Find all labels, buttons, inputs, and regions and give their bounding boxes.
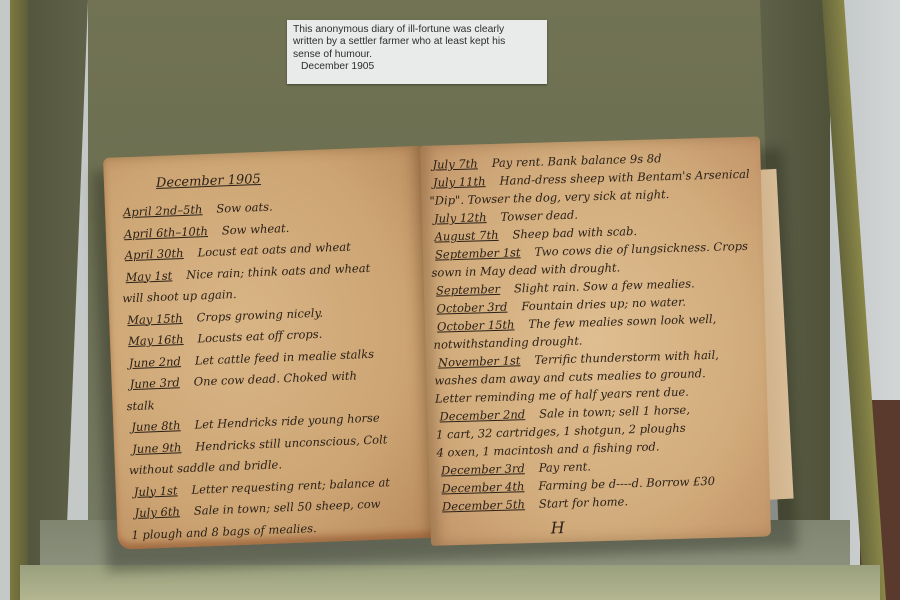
diary-entry: notwithstanding drought.	[433, 334, 582, 352]
entry-text: Slight rain. Sow a few mealies.	[514, 276, 695, 295]
placard-line: written by a settler farmer who at least…	[293, 36, 541, 48]
case-frame-left	[10, 0, 28, 600]
diary-entry: sown in May dead with drought.	[431, 260, 620, 279]
entry-date: June 2nd	[129, 354, 181, 370]
entry-text: "Dip". Towser the dog, very sick at nigh…	[429, 187, 669, 208]
entry-text: Locusts eat off crops.	[197, 327, 322, 346]
entry-text: Let Hendricks ride young horse	[194, 411, 380, 432]
entry-date: April 30th	[124, 246, 183, 262]
diary-right-page: H July 7thPay rent. Bank balance 9s 8dJu…	[420, 137, 771, 546]
diary-entry: 1 cart, 32 cartridges, 1 shotgun, 2 plou…	[436, 421, 686, 442]
entry-text: 1 plough and 8 bags of mealies.	[131, 521, 317, 542]
entry-text: Sale in town; sell 50 sheep, cow	[194, 497, 381, 518]
diary-entry: December 5thStart for home.	[442, 494, 628, 513]
entry-date: November 1st	[438, 353, 521, 369]
entry-text: Pay rent. Bank balance 9s 8d	[492, 151, 662, 170]
entry-date: June 9th	[132, 440, 182, 456]
entry-date: May 16th	[128, 332, 184, 348]
entry-date: October 3rd	[436, 300, 507, 316]
placard-line: This anonymous diary of ill-fortune was …	[293, 24, 541, 36]
diary-entry: April 2nd–5thSow oats.	[123, 200, 273, 220]
entry-date: May 1st	[125, 268, 172, 284]
diary-signature: H	[550, 518, 564, 537]
diary-entry: June 3rdOne cow dead. Choked with	[129, 368, 357, 391]
entry-text: Crops growing nicely.	[196, 305, 323, 324]
entry-date: June 8th	[131, 418, 181, 434]
entry-text: The few mealies sown look well,	[528, 312, 716, 331]
entry-text: Pay rent.	[539, 459, 592, 474]
diary-entry: July 12thTowser dead.	[434, 208, 578, 226]
entry-text: Sow oats.	[216, 200, 273, 216]
entry-text: sown in May dead with drought.	[431, 260, 620, 279]
entry-text: Fountain dries up; no water.	[521, 295, 686, 314]
entry-text: Start for home.	[539, 494, 629, 510]
entry-text: 4 oxen, 1 macintosh and a fishing rod.	[436, 439, 659, 459]
entry-date: July 6th	[134, 504, 180, 520]
entry-text: Hand-dress sheep with Bentam's Arsenical	[499, 167, 749, 188]
diary-entry: Letter reminding me of half years rent d…	[435, 385, 689, 406]
entry-text: Nice rain; think oats and wheat	[186, 260, 371, 281]
diary-entry: April 30thLocust eat oats and wheat	[124, 240, 351, 263]
entry-date: July 12th	[434, 210, 487, 225]
entry-date: April 6th–10th	[124, 224, 208, 241]
entry-date: July 11th	[433, 174, 486, 189]
diary-entry: April 6th–10thSow wheat.	[124, 220, 290, 240]
entry-date: April 2nd–5th	[123, 202, 203, 219]
entry-date: December 5th	[442, 497, 525, 513]
diary-entry: will shoot up again.	[122, 287, 237, 305]
entry-text: Hendricks still unconscious, Colt	[195, 432, 388, 453]
diary-entry: May 15thCrops growing nicely.	[127, 305, 323, 327]
entry-date: September	[436, 282, 500, 298]
entry-text: Locust eat oats and wheat	[197, 240, 351, 260]
diary-entry: July 6thSale in town; sell 50 sheep, cow	[134, 497, 380, 520]
entry-text: Sow wheat.	[222, 220, 290, 237]
entry-text: without saddle and bridle.	[129, 457, 283, 477]
diary-entry: August 7thSheep bad with scab.	[434, 224, 637, 244]
entry-text: Terrific thunderstorm with hail,	[534, 348, 719, 367]
entry-text: Two cows die of lungsickness. Crops	[534, 239, 748, 259]
diary-entry: June 2ndLet cattle feed in mealie stalks	[129, 346, 375, 369]
diary-entry: June 9thHendricks still unconscious, Col…	[132, 432, 388, 456]
diary-title: December 1905	[156, 172, 261, 191]
entry-text: Sheep bad with scab.	[512, 224, 637, 241]
diary-entry: July 1stLetter requesting rent; balance …	[134, 475, 391, 499]
entry-date: July 1st	[134, 483, 178, 499]
diary-entry: 4 oxen, 1 macintosh and a fishing rod.	[436, 439, 659, 459]
entry-text: stalk	[126, 398, 155, 413]
diary-entry: October 3rdFountain dries up; no water.	[436, 295, 686, 316]
diary-entry: stalk	[126, 398, 155, 413]
diary-entry: December 3rdPay rent.	[441, 459, 591, 477]
diary-entry: May 16thLocusts eat off crops.	[128, 327, 323, 348]
entry-text: Towser dead.	[500, 208, 578, 224]
entry-date: December 2nd	[439, 407, 525, 423]
diary-entry: May 1stNice rain; think oats and wheat	[125, 260, 370, 283]
diary-entry: "Dip". Towser the dog, very sick at nigh…	[429, 187, 669, 208]
entry-text: Letter requesting rent; balance at	[191, 475, 390, 497]
entry-text: One cow dead. Choked with	[193, 368, 357, 388]
entry-date: December 4th	[441, 479, 524, 495]
entry-date: December 3rd	[441, 461, 525, 477]
case-side-left	[28, 0, 88, 600]
diary-entry: SeptemberSlight rain. Sow a few mealies.	[436, 276, 695, 297]
entry-date: September 1st	[435, 245, 521, 261]
entry-text: Letter reminding me of half years rent d…	[435, 385, 689, 406]
diary-entry: July 7thPay rent. Bank balance 9s 8d	[432, 151, 661, 171]
placard-line: sense of humour.	[293, 49, 541, 61]
exhibit-placard: This anonymous diary of ill-fortune was …	[287, 20, 547, 84]
entry-text: 1 cart, 32 cartridges, 1 shotgun, 2 plou…	[436, 421, 686, 442]
diary-entry: June 8thLet Hendricks ride young horse	[131, 411, 380, 435]
diary-entry: without saddle and bridle.	[129, 457, 283, 477]
diary-entry: 1 plough and 8 bags of mealies.	[131, 521, 317, 542]
entry-date: June 3rd	[129, 375, 180, 391]
placard-date: December 1905	[293, 61, 541, 73]
diary-entry: December 4thFarming be d----d. Borrow £3…	[441, 474, 715, 496]
entry-date: July 7th	[432, 156, 478, 171]
entry-date: October 15th	[437, 317, 515, 333]
entry-date: May 15th	[127, 311, 183, 327]
entry-text: notwithstanding drought.	[433, 334, 582, 352]
diary-left-page: December 1905 April 2nd–5thSow oats.Apri…	[103, 146, 436, 550]
entry-text: Let cattle feed in mealie stalks	[195, 346, 375, 367]
entry-text: Sale in town; sell 1 horse,	[539, 403, 690, 421]
entry-text: will shoot up again.	[122, 287, 237, 305]
entry-text: Farming be d----d. Borrow £30	[538, 474, 715, 493]
diary-entry: December 2ndSale in town; sell 1 horse,	[439, 403, 690, 424]
diary-entry: October 15thThe few mealies sown look we…	[437, 312, 717, 334]
entry-date: August 7th	[434, 228, 498, 244]
